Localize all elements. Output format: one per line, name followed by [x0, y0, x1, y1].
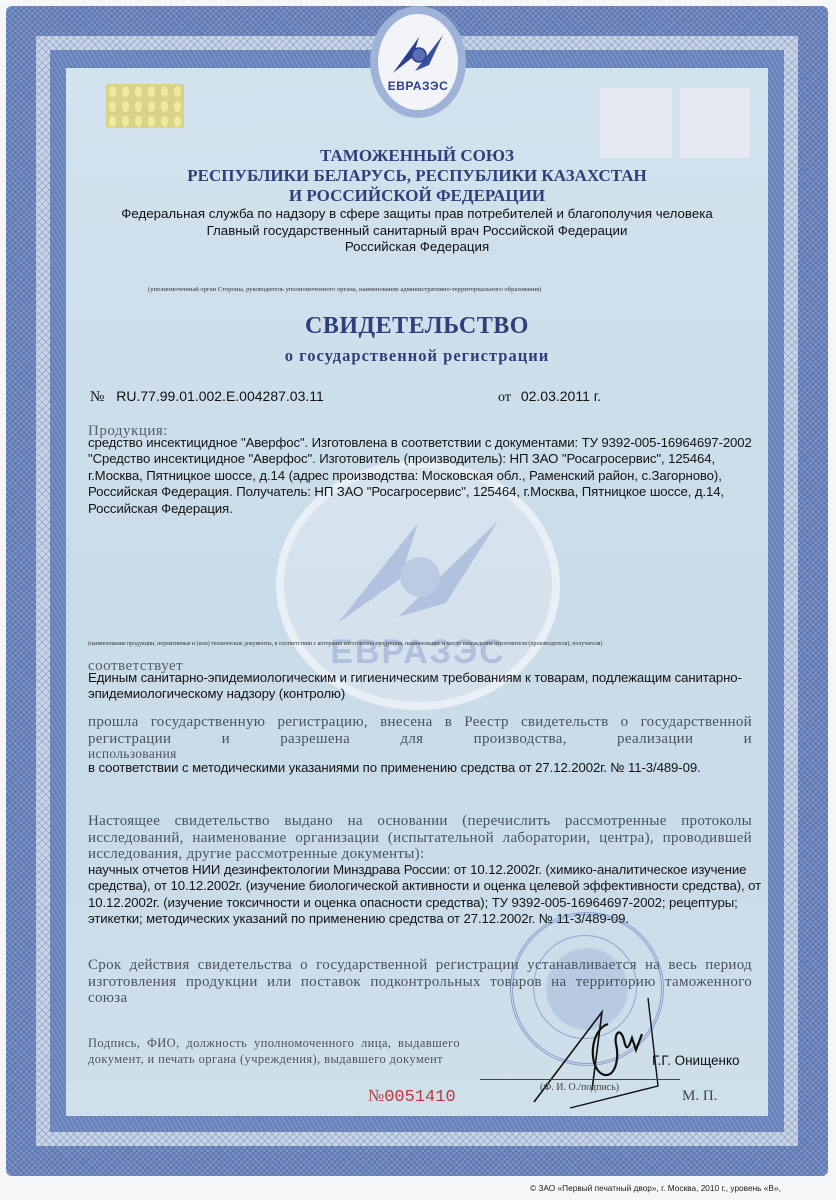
registration-printed: прошла государственную регистрацию, внес… — [88, 714, 752, 747]
serial-number-value: 0051410 — [384, 1088, 455, 1107]
fio-caption: (Ф. И. О./подпись) — [540, 1082, 619, 1093]
agency-caption: (уполномоченный орган Стороны, руководит… — [148, 286, 541, 293]
agency-line: Федеральная служба по надзору в сфере за… — [66, 206, 768, 223]
union-line: ТАМОЖЕННЫЙ СОЮЗ — [66, 146, 768, 166]
signer-name: Г.Г. Онищенко — [652, 1053, 740, 1068]
hologram-sticker — [106, 84, 184, 128]
product-caption: (наименование продукции, нормативные и (… — [88, 641, 602, 647]
signature-printed: Подпись, ФИО, должность уполномоченного … — [88, 1036, 460, 1067]
registration-printed-last: использования — [88, 748, 177, 760]
issuing-agency: Федеральная служба по надзору в сфере за… — [66, 206, 768, 256]
signature-line — [480, 1079, 680, 1080]
form-serial-number: №0051410 — [368, 1086, 456, 1107]
registration-text: в соответствии с методическими указаниям… — [88, 760, 756, 776]
registration-number: № RU.77.99.01.002.E.004287.03.11 — [90, 388, 324, 406]
conformity-text: Единым санитарно-эпидемиологическим и ги… — [88, 670, 756, 703]
eurasec-emblem: ЕВРАЗЭС — [370, 6, 466, 118]
certificate-subtitle: о государственной регистрации — [66, 346, 768, 366]
registration-number-value: RU.77.99.01.002.E.004287.03.11 — [116, 388, 324, 404]
union-line: РЕСПУБЛИКИ БЕЛАРУСЬ, РЕСПУБЛИКИ КАЗАХСТА… — [66, 166, 768, 186]
agency-line: Российская Федерация — [66, 239, 768, 256]
printer-imprint: © ЗАО «Первый печатный двор», г. Москва,… — [530, 1183, 781, 1193]
registration-date-value: 02.03.2011 г. — [521, 388, 601, 404]
emblem-label: ЕВРАЗЭС — [388, 79, 449, 93]
registration-date: от 02.03.2011 г. — [498, 388, 601, 406]
basis-printed: Настоящее свидетельство выдано на основа… — [88, 813, 752, 863]
date-prefix: от — [498, 390, 511, 405]
number-sign: № — [90, 389, 104, 405]
union-line: И РОССИЙСКОЙ ФЕДЕРАЦИИ — [66, 186, 768, 206]
seal-mark: М. П. — [682, 1088, 717, 1105]
eurasec-logo-icon — [389, 31, 447, 77]
eurasec-watermark-icon — [328, 513, 508, 633]
basis-text: научных отчетов НИИ дезинфектологии Минз… — [88, 862, 764, 928]
certificate-title: СВИДЕТЕЛЬСТВО — [66, 313, 768, 340]
customs-union-title: ТАМОЖЕННЫЙ СОЮЗ РЕСПУБЛИКИ БЕЛАРУСЬ, РЕС… — [66, 146, 768, 206]
serial-number-sign: № — [368, 1086, 384, 1105]
watermark-label: ЕВРАЗЭС — [330, 633, 506, 672]
agency-line: Главный государственный санитарный врач … — [66, 223, 768, 240]
product-text: средство инсектицидное "Аверфос". Изгото… — [88, 435, 756, 517]
